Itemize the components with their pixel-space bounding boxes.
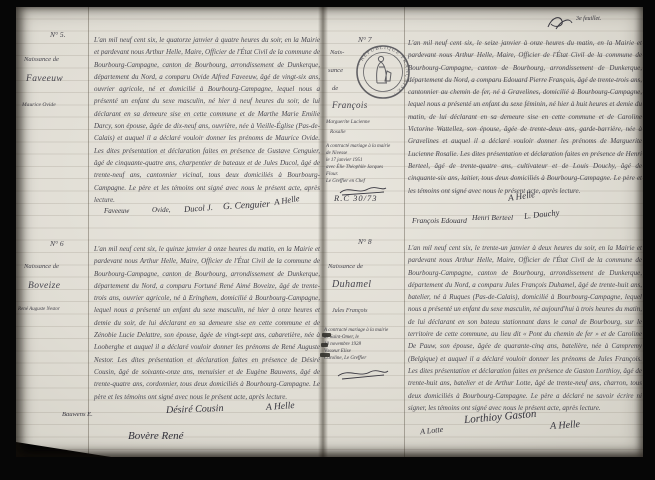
signature: Ducol J. [184, 202, 213, 214]
note-line: Vasseur Elise [324, 348, 410, 355]
acte-body-text: L'an mil neuf cent six, le trente-un jan… [408, 242, 642, 414]
margin-title-part: de [332, 85, 338, 92]
note-line: Le Greffier en Chef [326, 178, 410, 185]
margin-surname: Boveize [28, 281, 60, 291]
ink-smudge [322, 333, 331, 337]
margin-given-names-line1: Marguerite Lucienne [326, 119, 416, 125]
greffier-signature-flourish-icon [336, 367, 390, 381]
acte-number: N° 5. [50, 30, 66, 39]
signature: A Lotte [420, 425, 444, 436]
page-corner-shadow [16, 442, 111, 457]
margin-surname: François [332, 100, 368, 110]
margin-surname: Faveeuw [26, 74, 63, 84]
signature: Faveeuw [104, 207, 129, 215]
margin-title-part: sance [328, 67, 343, 74]
republique-francaise-stamp-icon: · RÉPUBLIQUE FRANÇAISE · [354, 43, 412, 101]
note-line: le 17 janvier 1951 [326, 157, 410, 164]
note-line: Flour. [326, 171, 410, 178]
acte-body-text: L'an mil neuf cent six, le quinze janvie… [94, 243, 320, 403]
signature: A Helle [266, 401, 295, 413]
marriage-margin-note: A contracté mariage à la mairie de Nives… [326, 143, 410, 185]
ink-smudge [321, 343, 328, 347]
signature-child: Bovère René [128, 430, 183, 442]
paraph-mark-icon [546, 15, 574, 31]
margin-title: Naissance de [328, 263, 408, 270]
signature: G. Cenguier [223, 200, 270, 212]
margin-given-names: Jules François [332, 308, 368, 314]
note-line: A contracté mariage à la mairie [324, 327, 410, 334]
note-line: de Nivesse [326, 150, 410, 157]
signature: A Helle [507, 189, 535, 203]
margin-given-names: Maurice Ovide [22, 102, 92, 108]
scanned-register-spread: 3e feuillet. N° 5. Naissance de Faveeuw … [0, 0, 655, 480]
margin-given-names: René Auguste Nestor [18, 307, 92, 312]
margin-title: Naissance de [24, 56, 90, 63]
note-line: 10 novembre 1928 [324, 341, 410, 348]
signature: Bauwens E. [62, 411, 93, 418]
margin-title-part: Nais- [330, 49, 344, 56]
rc-reference: R.C 30/73 [334, 193, 377, 203]
ink-smudge [320, 353, 330, 357]
acte-body-text: L'an mil neuf cent six, le quatorze janv… [94, 34, 320, 206]
margin-surname: Duhamel [332, 279, 371, 290]
signature: Ovide, [152, 206, 170, 214]
marriage-margin-note: A contracté mariage à la mairie de Saint… [324, 327, 410, 362]
signature: L. Douchy [524, 207, 560, 221]
left-page-margin-rule [88, 7, 89, 457]
acte-body-text: L'an mil neuf cent six, le seize janvier… [408, 37, 642, 197]
folio-annotation: 3e feuillet. [576, 16, 601, 22]
acte-number: N° 8 [358, 237, 372, 246]
signature: A Helle [550, 419, 581, 432]
signature: François Edouard [412, 216, 467, 225]
acte-number: N° 6 [50, 239, 64, 248]
signature: Désiré Cousin [166, 403, 224, 416]
note-line: avec Élie Théophile Jacques [326, 164, 410, 171]
note-line: Caroline, Le Greffier [324, 355, 410, 362]
register-double-page: 3e feuillet. N° 5. Naissance de Faveeuw … [16, 7, 643, 457]
note-line: A contracté mariage à la mairie [326, 143, 410, 150]
note-line: de Saint-Omer, le [324, 334, 410, 341]
margin-given-names-line2: Rosalie [330, 129, 346, 135]
margin-title: Naissance de [24, 263, 90, 270]
signature: Henri Berteel [472, 213, 513, 222]
